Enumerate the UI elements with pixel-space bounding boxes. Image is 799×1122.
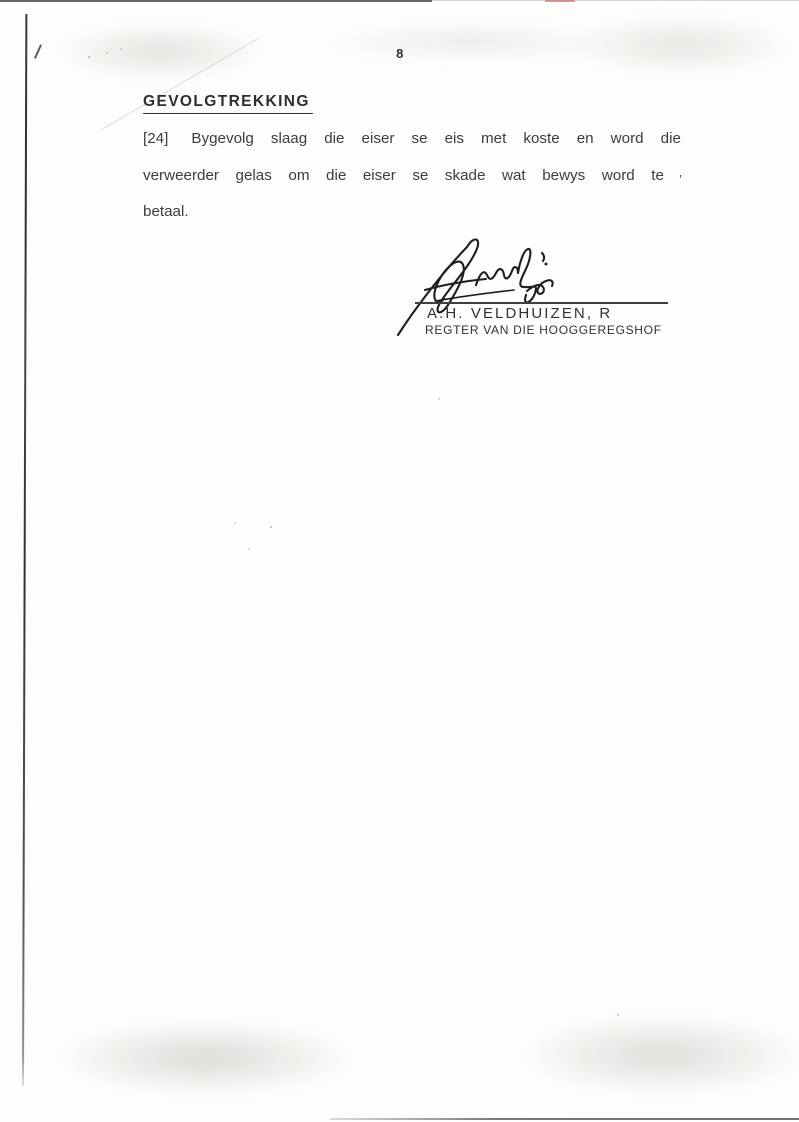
word: wat xyxy=(502,167,526,184)
ink-speck xyxy=(234,522,236,524)
word: om xyxy=(288,167,309,184)
word: se xyxy=(412,130,428,147)
top-edge-scan-line xyxy=(0,0,432,2)
judge-name: A.H. VELDHUIZEN, R xyxy=(427,305,612,322)
ink-speck xyxy=(270,526,272,528)
scanned-document-page: ’ 8 GEVOLGTREKKING [24] Bygevolgslaagdie… xyxy=(0,0,799,1122)
word: eis xyxy=(445,130,464,147)
smudge-bottom-right xyxy=(522,1016,799,1094)
word: bewys xyxy=(542,167,585,184)
word: se xyxy=(412,167,428,184)
word: die xyxy=(661,130,681,147)
paragraph-marker: [24] xyxy=(143,130,168,147)
ink-speck xyxy=(120,48,122,50)
ink-speck xyxy=(106,52,108,54)
ink-speck xyxy=(248,548,250,550)
page-number: 8 xyxy=(390,46,410,61)
top-edge-red-mark xyxy=(545,0,575,2)
word: slaag xyxy=(271,130,307,147)
word: word xyxy=(611,130,644,147)
slash-ink-mark xyxy=(34,44,42,58)
signature-stroke xyxy=(518,249,536,302)
word: en xyxy=(577,130,594,147)
signature-stroke xyxy=(527,280,553,294)
word: verweerder xyxy=(143,167,219,184)
word: die xyxy=(326,167,346,184)
left-binding-scan-line xyxy=(22,14,27,1086)
ink-speck xyxy=(88,56,90,58)
judgment-paragraph: [24] Bygevolgslaagdieeiserseeismetkostee… xyxy=(143,130,681,240)
word: met xyxy=(481,130,506,147)
signature-stroke xyxy=(476,267,518,285)
bottom-edge-scan-line xyxy=(330,1118,799,1120)
word: te xyxy=(651,167,664,184)
judge-title: REGTER VAN DIE HOOGGEREGSHOF xyxy=(425,323,662,337)
word: eiser xyxy=(362,130,395,147)
smudge-top-right xyxy=(565,16,795,74)
word: eiser xyxy=(363,167,396,184)
top-edge-faint-line xyxy=(432,0,799,1)
ink-speck xyxy=(438,398,440,400)
word: gelas xyxy=(236,167,272,184)
signature-rule-line xyxy=(415,302,668,304)
signature-dot xyxy=(545,263,548,266)
word: word xyxy=(602,167,635,184)
word: die xyxy=(324,130,344,147)
word: skade xyxy=(445,167,486,184)
paragraph-line-1: [24] Bygevolgslaagdieeiserseeismetkostee… xyxy=(143,130,681,167)
ink-speck xyxy=(617,1014,619,1016)
word: koste xyxy=(523,130,559,147)
paragraph-line-2: verweerdergelasomdieeiserseskadewatbewys… xyxy=(143,167,664,204)
signature-stroke xyxy=(542,253,544,261)
smudge-bottom-left xyxy=(58,1022,353,1094)
section-heading: GEVOLGTREKKING xyxy=(143,93,313,114)
word: Bygevolg xyxy=(191,130,253,147)
